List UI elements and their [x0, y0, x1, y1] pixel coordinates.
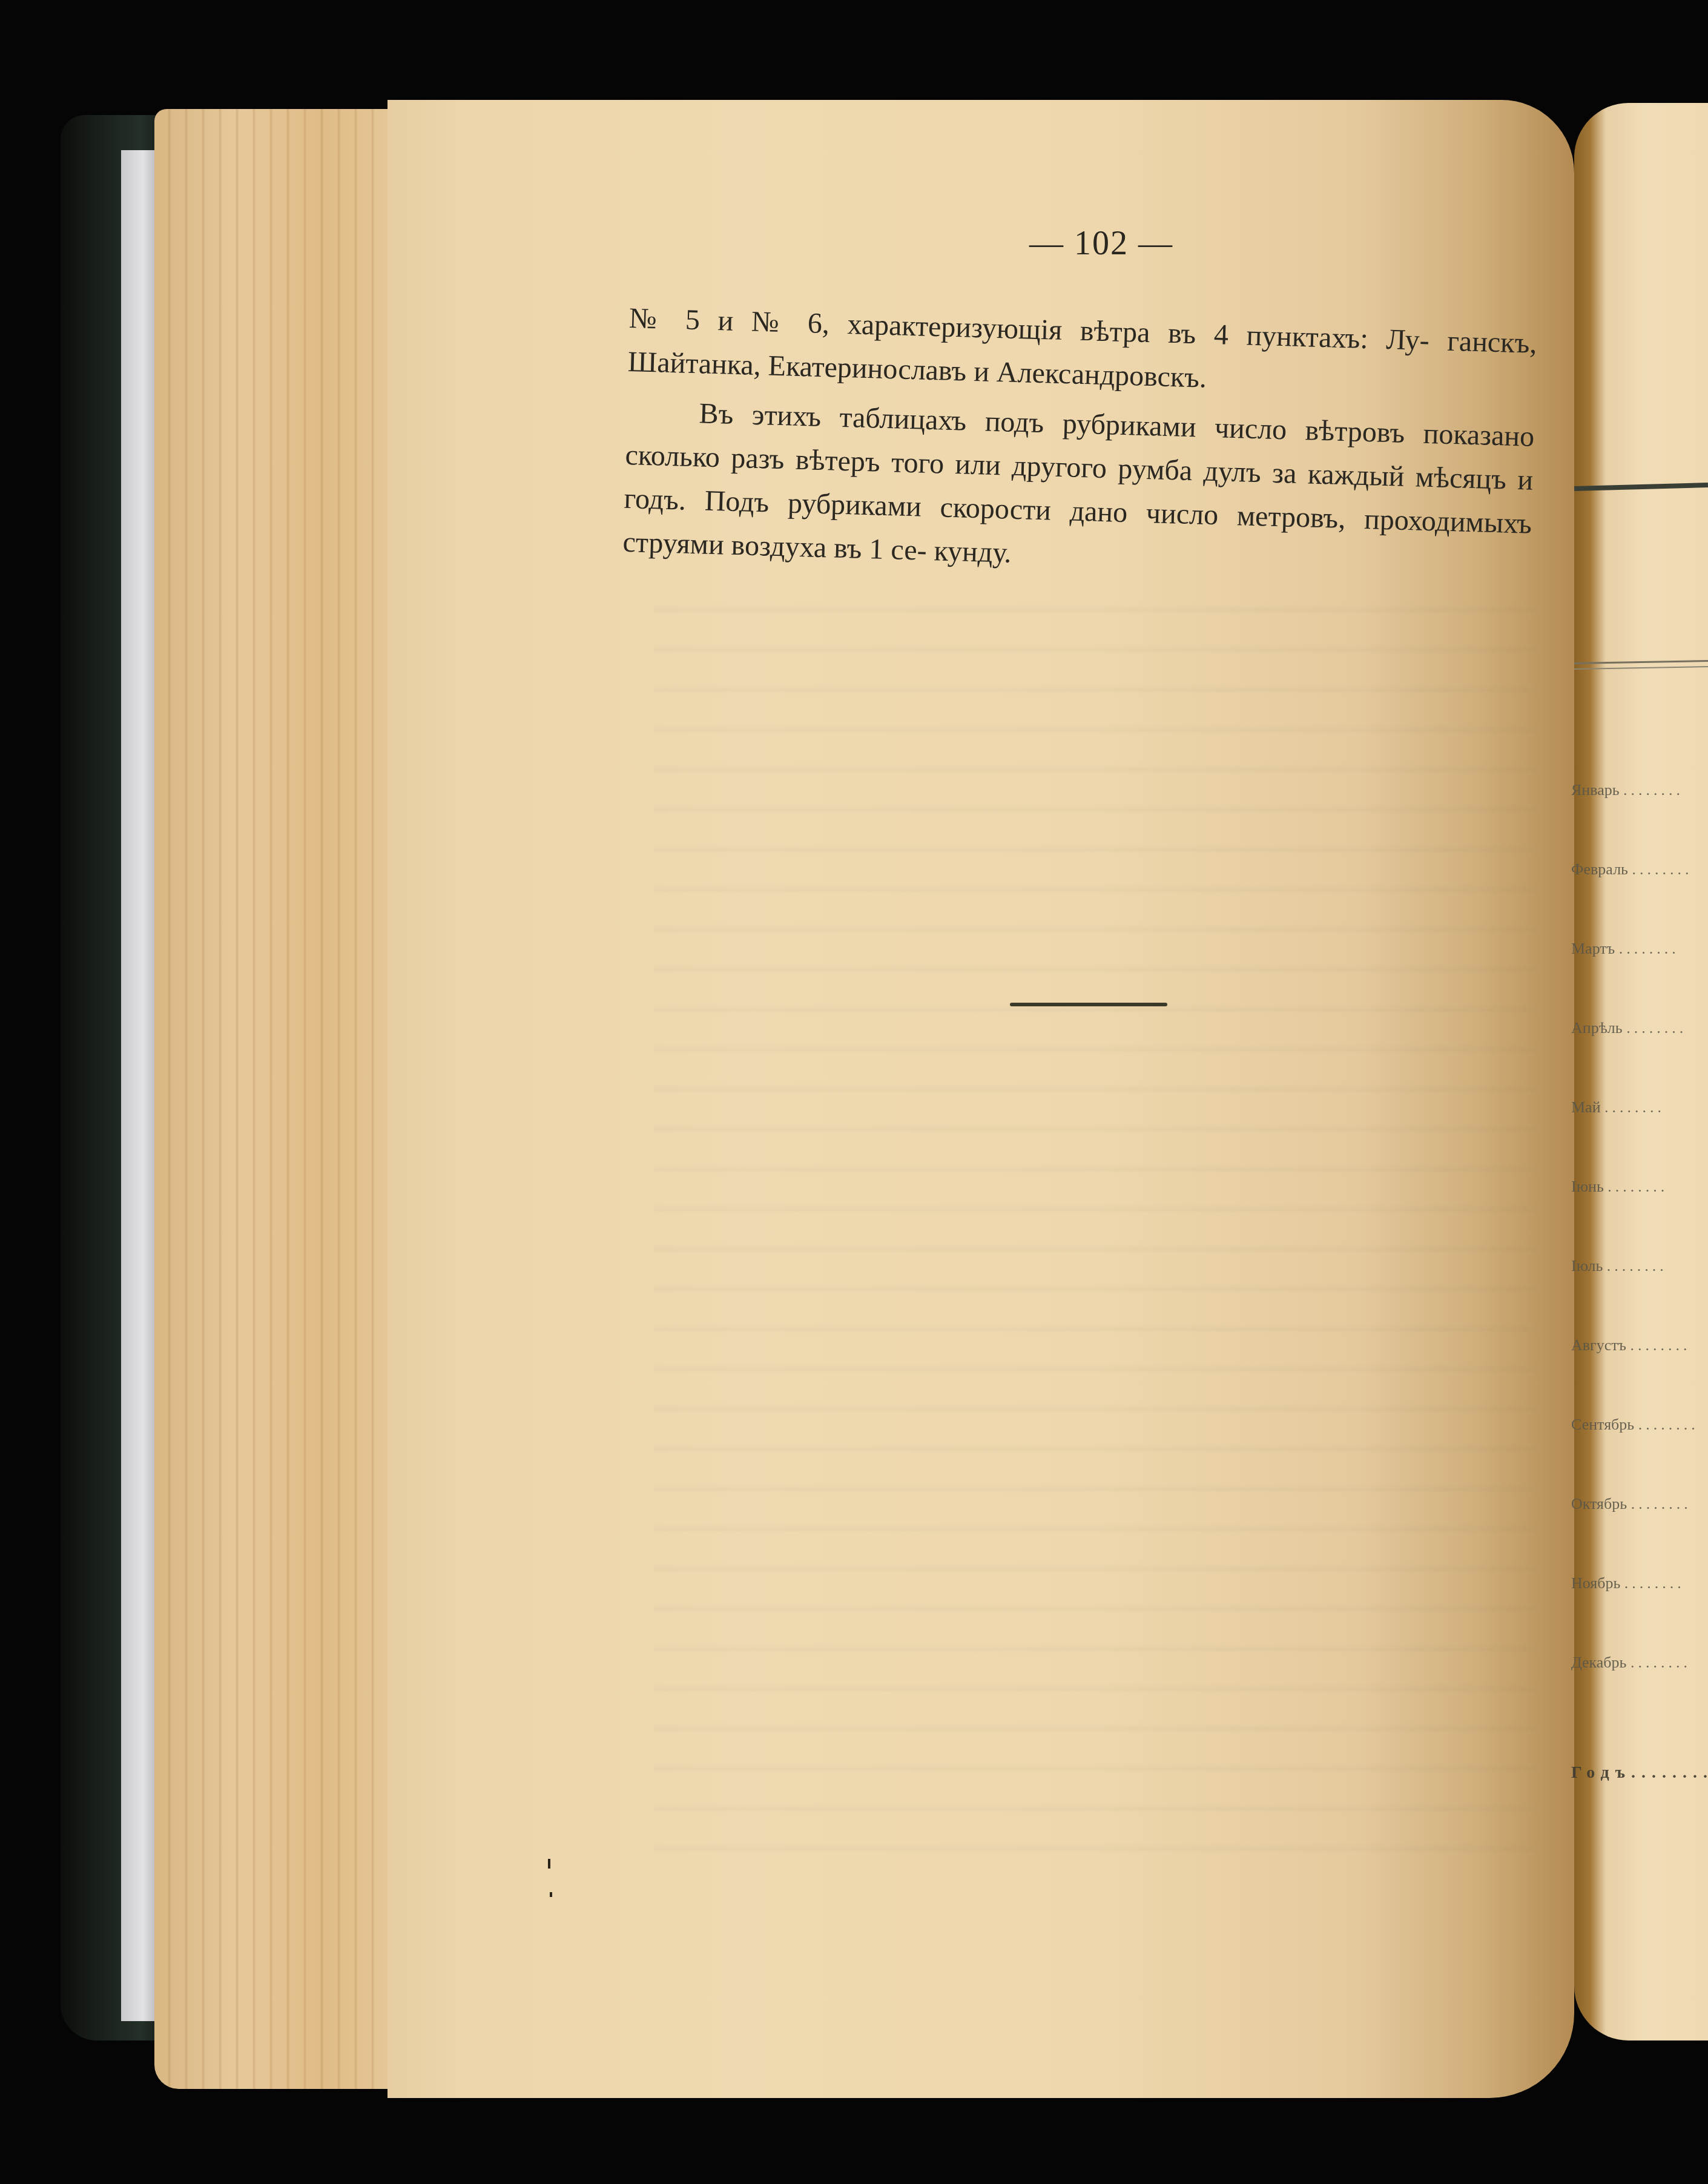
row-label: Апрѣль ........ — [1571, 1019, 1708, 1098]
paper-speck — [548, 1859, 550, 1869]
body-text: № 5 и № 6, характеризующія вѣтра въ 4 пу… — [622, 297, 1538, 590]
total-row-label: Годъ........ — [1571, 1763, 1708, 1783]
section-divider-rule — [1010, 1003, 1167, 1006]
endpaper-edge — [121, 150, 157, 2021]
row-label: Іюль ........ — [1571, 1257, 1708, 1336]
paper-speck — [550, 1892, 552, 1897]
row-label: Мартъ ........ — [1571, 940, 1708, 1019]
row-label: Сентябрь ........ — [1571, 1416, 1708, 1495]
row-label: Февраль ........ — [1571, 860, 1708, 940]
paragraph-2: Въ этихъ таблицахъ подъ рубриками число … — [622, 390, 1535, 590]
page-number: — 102 — — [1029, 224, 1173, 263]
row-label: Октябрь ........ — [1571, 1495, 1708, 1574]
row-label: Августъ ........ — [1571, 1336, 1708, 1416]
row-label: Іюнь ........ — [1571, 1178, 1708, 1257]
month-row-labels: Январь ........ Февраль ........ Мартъ .… — [1571, 781, 1708, 1783]
show-through-text — [654, 581, 1538, 1883]
row-label: Январь ........ — [1571, 781, 1708, 860]
row-label: Ноябрь ........ — [1571, 1574, 1708, 1654]
row-label: Декабрь ........ — [1571, 1654, 1708, 1733]
row-label: Май ........ — [1571, 1098, 1708, 1178]
